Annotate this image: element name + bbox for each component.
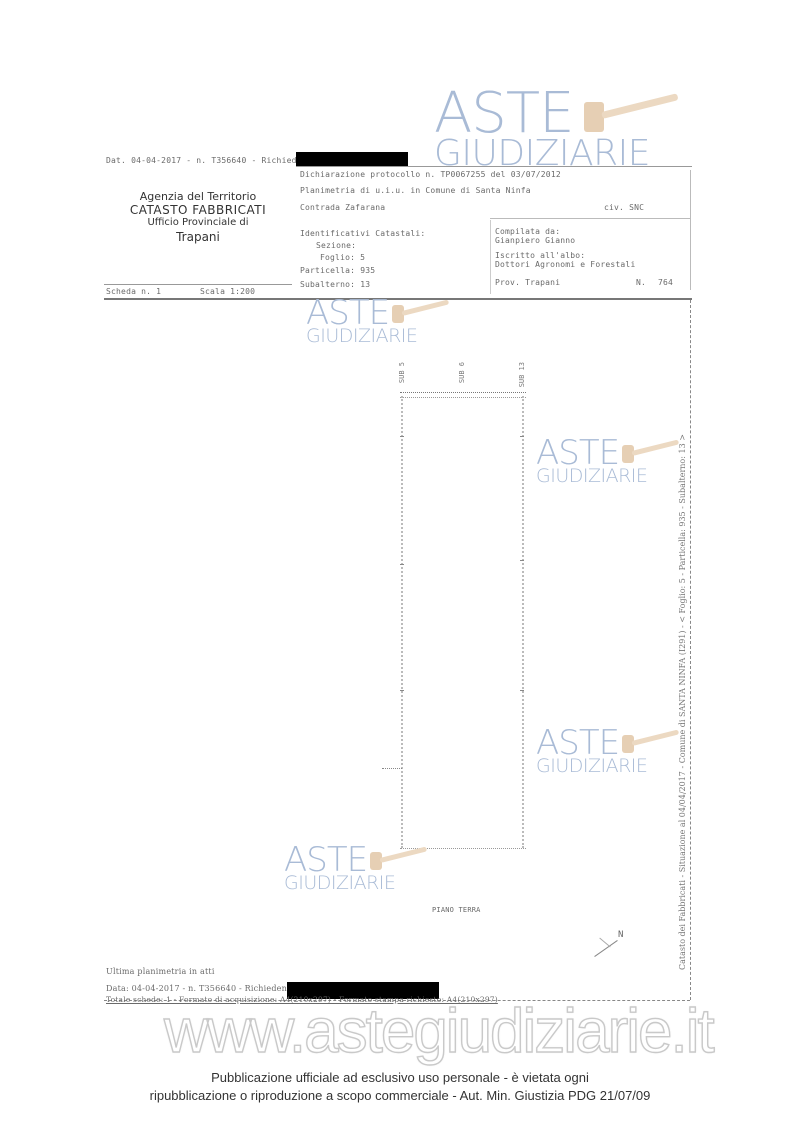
label-right-sub: SUB 13 (518, 362, 526, 387)
tick (520, 560, 524, 561)
label-left-sub: SUB 5 (398, 362, 406, 383)
gavel-icon (584, 102, 604, 132)
legal-notice: Pubblicazione ufficiale ad esclusivo uso… (0, 1069, 800, 1105)
agency-block: Agenzia del Territorio CATASTO FABBRICAT… (103, 190, 293, 244)
compiled-by-name: Gianpiero Gianno (495, 236, 575, 245)
tick (520, 690, 524, 691)
scheda-number: Scheda n. 1 (106, 287, 161, 296)
compiled-by-label: Compilata da: (495, 227, 560, 236)
office-city: Trapani (103, 230, 293, 244)
register-num-label: N. (636, 278, 646, 287)
watermark-upper-left: ASTE GIUDIZIARIE (306, 296, 417, 346)
agency-name: Agenzia del Territorio (103, 190, 293, 203)
tick (520, 436, 524, 437)
register-name: Dottori Agronomi e Forestali (495, 260, 635, 269)
plan-right-wall (522, 396, 524, 848)
register-num: 764 (658, 278, 673, 287)
floor-plan: SUB 5 SUB 6 SUB 13 (398, 360, 528, 860)
site-watermark: www.astegiudiziarie.it (164, 996, 713, 1067)
tick (400, 690, 404, 691)
watermark-lower-left: ASTE GIUDIZIARIE (284, 843, 395, 893)
side-situation-text: Catasto dei Fabbricati - Situazione al 0… (678, 330, 687, 970)
sep-rule (490, 218, 690, 219)
register-label: Iscritto all'albo: (495, 251, 585, 260)
scheda-top-rule (104, 284, 292, 285)
header-line: Dat. 04-04-2017 - n. T356640 - Richieden… (106, 156, 317, 165)
last-plan-label: Ultima planimetria in atti (106, 967, 215, 976)
subalterno: Subalterno: 13 (300, 280, 370, 289)
particella: Particella: 935 (300, 266, 375, 275)
plan-left-wall (401, 396, 403, 848)
scale: Scala 1:200 (200, 287, 255, 296)
watermark-top: ASTE GIUDIZIARIE (434, 86, 650, 172)
address: Contrada Zafarana (300, 203, 385, 212)
tick (400, 564, 404, 565)
plan-entry-mark (382, 768, 402, 769)
redacted-requester (296, 152, 408, 166)
watermark-right-upper: ASTE GIUDIZIARIE (536, 436, 647, 486)
label-center-sub: SUB 6 (458, 362, 466, 383)
frame-right-border (690, 300, 691, 1000)
tick (400, 436, 404, 437)
footer-date-line: Data: 04-04-2017 - n. T356640 - Richiede… (106, 984, 295, 993)
province: Prov. Trapani (495, 278, 560, 287)
compiled-left-rule (490, 220, 491, 294)
watermark-right-lower: ASTE GIUDIZIARIE (536, 726, 647, 776)
catasto-title: CATASTO FABBRICATI (103, 203, 293, 217)
north-arrow-icon: N (588, 930, 628, 966)
legal-notice-line2: ripubblicazione o riproduzione a scopo c… (0, 1087, 800, 1105)
legal-notice-line1: Pubblicazione ufficiale ad esclusivo uso… (0, 1069, 800, 1087)
header-right-rule (690, 170, 691, 290)
plan-title: Planimetria di u.i.u. in Comune di Santa… (300, 186, 531, 195)
office-label: Ufficio Provinciale di (103, 217, 293, 228)
floor-label: PIANO TERRA (432, 906, 481, 914)
identifiers-title: Identificativi Catastali: (300, 229, 425, 238)
foglio: Foglio: 5 (320, 253, 365, 262)
sezione: Sezione: (316, 241, 356, 250)
plan-top-wall (400, 392, 526, 398)
civic-number: civ. SNC (604, 203, 644, 212)
